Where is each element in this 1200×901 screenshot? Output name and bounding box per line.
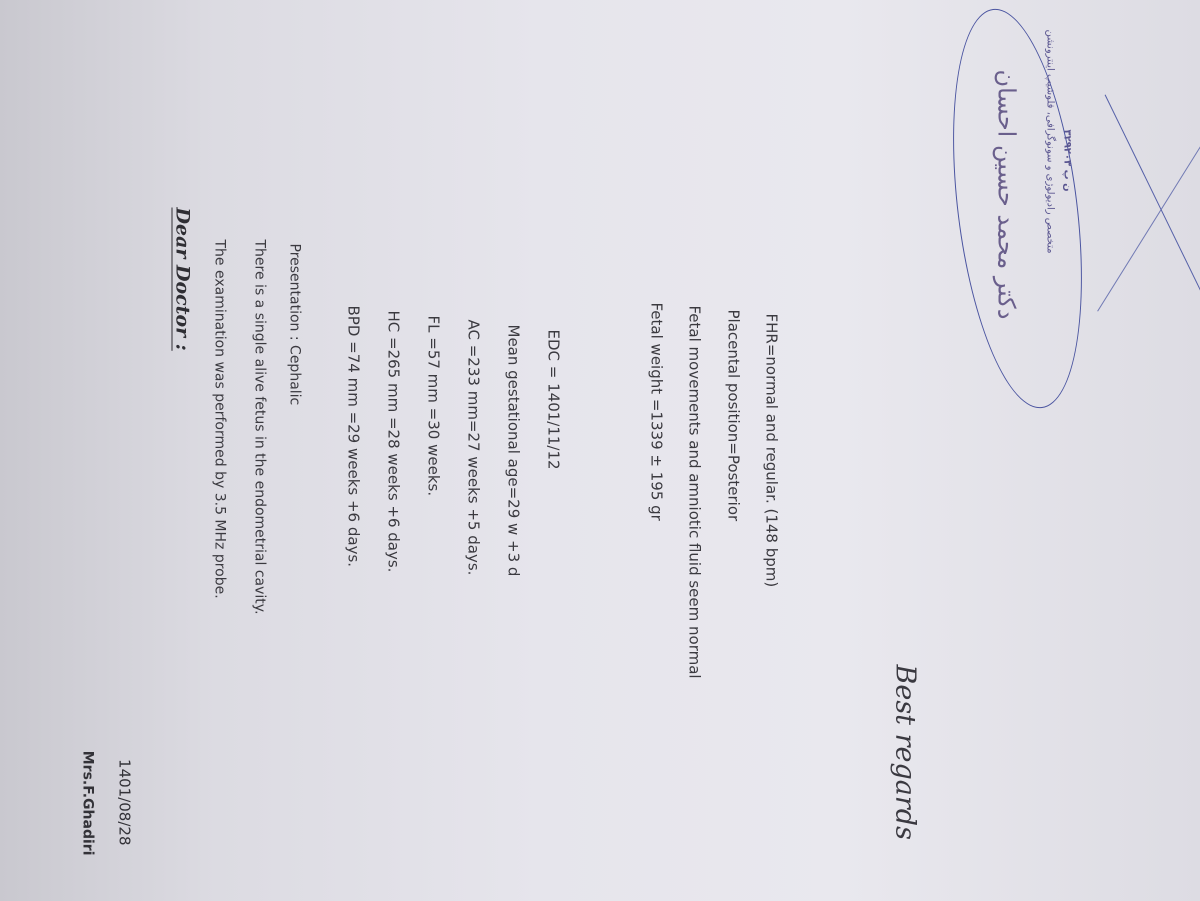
placental-position: Placental position=Posterior [725,310,743,522]
measurement-hc: HC =265 mm =28 weeks +6 days. [385,311,403,573]
intro-line: The examination was performed by 3.5 MHz… [212,240,228,599]
stamp-specialty: متخصص رادیولوژی و سونوگرافی، فلوشیپ اینت… [1045,30,1056,254]
stamp-doctor-name: دکتر محمد حسین احسان [993,70,1021,320]
fetal-heart-rate: FHR=normal and regular. (148 bpm) [763,314,781,588]
signature-stroke [1097,99,1200,312]
patient-name: Mrs.F.Ghadiri [80,751,96,856]
stamp-license-number: ن پ ۳۲۹۲۰۳ [1062,130,1073,192]
ultrasound-report-page: Mrs.F.Ghadiri 1401/08/28 Dear Doctor : T… [1,0,1200,901]
photo-background: Mrs.F.Ghadiri 1401/08/28 Dear Doctor : T… [0,0,1200,901]
salutation: Dear Doctor : [172,208,194,351]
mean-gestational-age: Mean gestational age=29 w +3 d [505,325,523,577]
edc-date: EDC = 1401/11/12 [545,330,563,470]
presentation-line: Presentation : Cephalic [287,244,303,406]
intro-line: There is a single alive fetus in the end… [252,240,268,615]
fetal-movements: Fetal movements and amniotic fluid seem … [686,306,704,679]
closing-text: Best regards [890,665,921,840]
fetal-weight: Fetal weight =1339 ± 195 gr [648,303,666,521]
measurement-fl: FL =57 mm =30 weeks. [425,316,443,497]
measurement-bpd: BPD =74 mm =29 weeks +6 days. [345,306,363,568]
measurement-ac: AC =233 mm=27 weeks +5 days. [465,320,483,576]
report-date: 1401/08/28 [116,759,134,845]
